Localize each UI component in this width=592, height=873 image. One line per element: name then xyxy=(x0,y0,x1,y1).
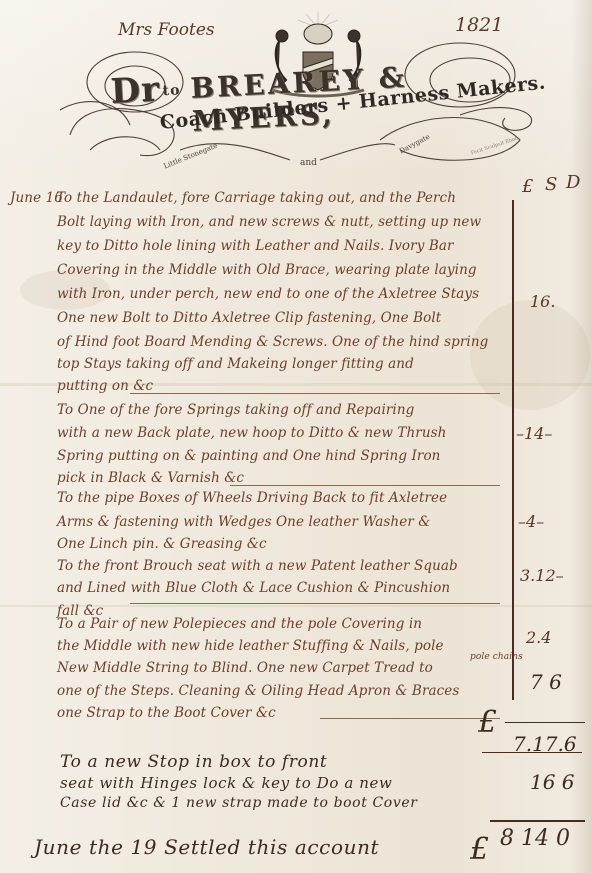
entry-line: One Linch pin. & Greasing &c xyxy=(57,536,267,552)
entry-line: New Middle String to Blind. One new Carp… xyxy=(57,660,433,676)
entry-line: One new Bolt to Ditto Axletree Clip fast… xyxy=(57,310,441,326)
address-left: Little Stonegate xyxy=(163,142,219,171)
invoice-paper: Mrs Footes 1821 Dr to BREAREY & MYERS, C… xyxy=(0,0,592,873)
settlement-text: June the 19 Settled this account xyxy=(34,835,379,859)
entry-line: To the Landaulet, fore Carriage taking o… xyxy=(56,190,456,206)
entry-amount: –14– xyxy=(516,424,552,443)
subtotal-rule xyxy=(505,722,585,723)
engraver-credit: Fecit Sculpsit Ebor. xyxy=(470,136,519,157)
entry-amount: 16. xyxy=(530,292,555,311)
entry-line: one Strap to the Boot Cover &c xyxy=(57,705,276,721)
divider xyxy=(130,393,500,394)
divider xyxy=(320,718,500,719)
entry-amount: 16 6 xyxy=(530,770,575,794)
entry-line: Bolt laying with Iron, and new screws & … xyxy=(57,214,481,230)
entry-line: To a new Stop in box to front xyxy=(60,752,327,772)
entry-amount: –4– xyxy=(518,512,544,531)
entry-amount-extra: 7 6 xyxy=(530,670,562,694)
settlement-currency: £ xyxy=(470,832,489,867)
entry-line: To the front Brouch seat with a new Pate… xyxy=(57,558,458,574)
entry-line: of Hind foot Board Mending & Screws. One… xyxy=(57,334,488,350)
entry-line: one of the Steps. Cleaning & Oiling Head… xyxy=(57,683,459,699)
entry-line: top Stays taking off and Makeing longer … xyxy=(57,356,414,372)
subtotal-currency: £ xyxy=(478,705,497,740)
address-right: Davygate xyxy=(398,133,431,156)
total-rule xyxy=(490,820,585,822)
column-header-shillings: S xyxy=(545,174,557,195)
column-header-pence: D xyxy=(566,172,580,193)
entry-amount: 2.4 xyxy=(526,628,551,647)
entry-line: Arms & fastening with Wedges One leather… xyxy=(57,514,430,530)
entry-line: with a new Back plate, new hoop to Ditto… xyxy=(57,425,446,441)
margin-note: pole chains xyxy=(470,652,523,662)
entry-line: putting on &c xyxy=(57,378,153,394)
invoice-year: 1821 xyxy=(455,14,503,36)
settlement-amount: 8 14 0 xyxy=(500,826,570,851)
column-header-pounds: £ xyxy=(522,176,533,197)
entry-line: pick in Black & Varnish &c xyxy=(57,470,244,486)
divider xyxy=(130,603,500,604)
ledger-bracket-line xyxy=(512,200,514,700)
entry-line: To One of the fore Springs taking off an… xyxy=(57,402,414,418)
subtotal-underline xyxy=(482,752,582,753)
entry-line: seat with Hinges lock & key to Do a new xyxy=(60,774,392,792)
debtor-prefix: Dr xyxy=(110,69,161,112)
entry-line: To the pipe Boxes of Wheels Driving Back… xyxy=(57,490,447,506)
entry-amount: 3.12– xyxy=(520,566,564,585)
address-and: and xyxy=(300,158,317,168)
customer-name: Mrs Footes xyxy=(118,20,215,40)
entry-line: Case lid &c & 1 new strap made to boot C… xyxy=(60,795,418,811)
entry-line: To a Pair of new Polepieces and the pole… xyxy=(57,616,422,632)
entry-line: key to Ditto hole lining with Leather an… xyxy=(57,238,454,254)
firm-to: to xyxy=(162,82,181,99)
entry-line: with Iron, under perch, new end to one o… xyxy=(57,286,479,302)
entry-line: Covering in the Middle with Old Brace, w… xyxy=(57,262,477,278)
entry-line: the Middle with new hide leather Stuffin… xyxy=(57,638,444,654)
entry-line: Spring putting on & painting and One hin… xyxy=(57,448,440,464)
entry-line: and Lined with Blue Cloth & Lace Cushion… xyxy=(57,580,450,596)
divider xyxy=(230,485,500,486)
